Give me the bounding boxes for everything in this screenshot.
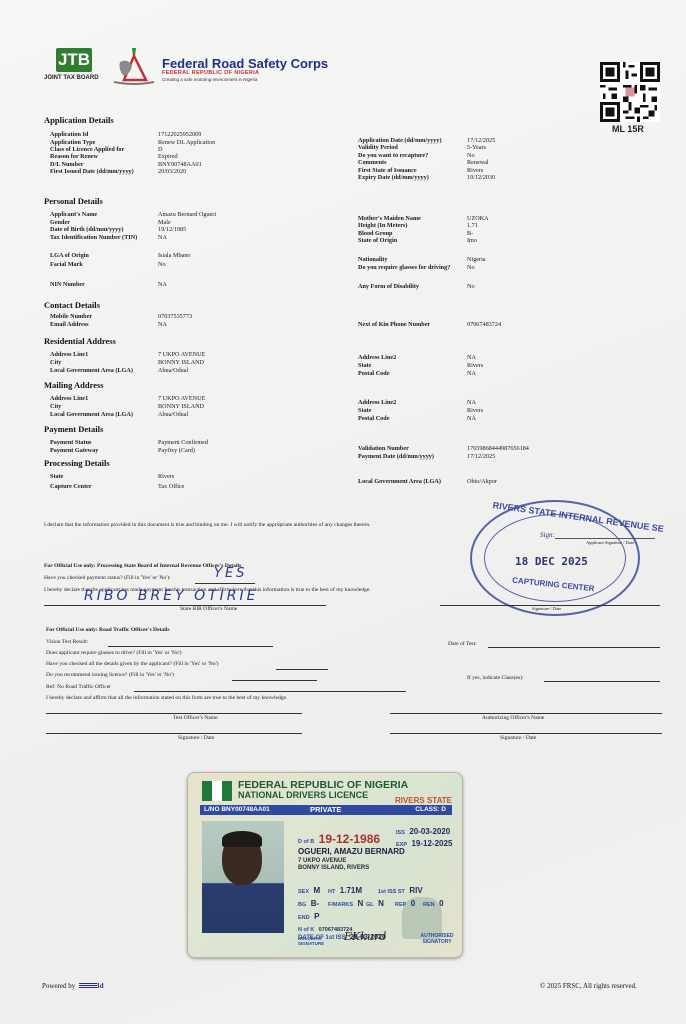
card-state: RIVERS STATE xyxy=(395,796,452,805)
dob-value: 19-12-1986 xyxy=(319,832,380,846)
jtb-logo: JTB JOINT TAX BOARD xyxy=(44,48,106,84)
field-label: State of Origin xyxy=(358,237,397,244)
card-title-line2: NATIONAL DRIVERS LICENCE xyxy=(238,790,368,800)
field-label: Next of Kin Phone Number xyxy=(358,321,430,328)
field-label: Postal Code xyxy=(358,370,389,377)
field-label: Reason for Renew xyxy=(50,153,98,160)
field-label: Applicant's Name xyxy=(50,211,97,218)
section-personal-details: Personal Details xyxy=(44,196,103,206)
authorised-signatory-label: AUTHORISED SIGNATORY xyxy=(420,933,454,945)
glasses-question: Does applicant require glasses to drive?… xyxy=(46,650,182,656)
field-label: Postal Code xyxy=(358,415,389,422)
field-value: Rivers xyxy=(158,473,174,480)
field-value: No xyxy=(158,261,166,268)
lno-value: BNY00748AA01 xyxy=(221,806,269,813)
field-label: Mobile Number xyxy=(50,313,92,320)
stamp-signature-caption: Signature / Date xyxy=(532,606,561,611)
field-value: 07067483724 xyxy=(467,321,501,328)
field-value: 17/12/2025 xyxy=(467,137,495,144)
copyright: © 2025 FRSC, All rights reserved. xyxy=(540,982,637,990)
stamp-date: 18 DEC 2025 xyxy=(515,555,588,568)
field-label: Tax Identification Number (TIN) xyxy=(50,234,137,241)
details-checked-question: Have you checked all the details given b… xyxy=(46,661,218,667)
field-label: Address Line1 xyxy=(50,351,88,358)
field-label: Mother's Maiden Name xyxy=(358,215,421,222)
field-value: No xyxy=(467,264,475,271)
birs-officer-name-field[interactable]: RIBO BREY OTIRIE xyxy=(84,588,259,604)
rep-value: 0 xyxy=(411,899,415,908)
fmarks-label: F/MARKS xyxy=(328,902,353,908)
class-label: If yes, indicate Class(es): xyxy=(467,675,524,681)
holder-signature-label: HOLDER'S SIGNATURE xyxy=(298,936,330,946)
ref-no-label: Ref: No Road Traffic Officer xyxy=(46,684,111,690)
field-label: Payment Gateway xyxy=(50,447,98,454)
field-label: Address Line2 xyxy=(358,354,396,361)
field-value: 7 UKPO AVENUE xyxy=(158,351,205,358)
field-label: City xyxy=(50,403,61,410)
field-value: Rivers xyxy=(467,362,483,369)
field-label: Application Date (dd/mm/yyyy) xyxy=(358,137,442,144)
field-value: 17659868444987656184 xyxy=(467,445,529,452)
field-value: Abua/Odual xyxy=(158,367,188,374)
fmarks-value: N xyxy=(358,899,364,908)
class-field[interactable] xyxy=(544,681,660,682)
field-label: City xyxy=(50,359,61,366)
field-label: Any Form of Disability xyxy=(358,283,419,290)
jtb-mark: JTB xyxy=(56,48,92,72)
field-label: State xyxy=(50,473,63,480)
field-value: 1.71 xyxy=(467,222,478,229)
form-code: ML 15R xyxy=(612,124,644,134)
document-page: JTB JOINT TAX BOARD Federal Road Safety … xyxy=(0,0,686,1024)
field-label: Validation Number xyxy=(358,445,409,452)
field-value: 7 UKPO AVENUE xyxy=(158,395,205,402)
field-label: Payment Status xyxy=(50,439,91,446)
birs-payment-answer[interactable]: YES xyxy=(214,566,247,581)
field-label: First Issued Date (dd/mm/yyyy) xyxy=(50,168,134,175)
field-label: Local Government Area (LGA) xyxy=(50,367,133,374)
field-value: NA xyxy=(158,281,167,288)
field-label: State xyxy=(358,407,371,414)
qr-code-icon xyxy=(600,62,660,122)
jtb-name: JOINT TAX BOARD xyxy=(44,75,114,81)
field-value: No xyxy=(467,152,475,159)
field-value: NA xyxy=(158,321,167,328)
field-value: 5-Years xyxy=(467,144,486,151)
field-value: NA xyxy=(467,399,476,406)
recommend-question: Do you recommend issuing licence? (Fill … xyxy=(46,672,174,678)
field-label: Local Government Area (LGA) xyxy=(50,411,133,418)
field-label: Local Government Area (LGA) xyxy=(358,478,441,485)
birs-officer-name-caption: State BIR Officer's Name xyxy=(180,606,237,612)
vision-test-field[interactable] xyxy=(108,646,273,647)
dob-label: D of B xyxy=(298,839,314,845)
field-label: D/L Number xyxy=(50,161,84,168)
rep-label: REP xyxy=(395,902,406,908)
powered-by: Powered by Id xyxy=(42,982,104,990)
field-value: Isiala Mbano xyxy=(158,252,190,259)
field-label: Gender xyxy=(50,219,70,226)
field-value: 19/12/1985 xyxy=(158,226,186,233)
applicant-signature-caption: Applicant Signature / Date xyxy=(586,540,634,545)
field-label: LGA of Origin xyxy=(50,252,89,259)
section-processing-details: Processing Details xyxy=(44,458,110,468)
field-label: Application Type xyxy=(50,139,95,146)
field-value: Expired xyxy=(158,153,178,160)
exp-value: 19-12-2025 xyxy=(411,839,452,848)
section-mailing-address: Mailing Address xyxy=(44,380,104,390)
field-value: No xyxy=(467,283,475,290)
field-label: Validity Period xyxy=(358,144,398,151)
field-value: Tax Office xyxy=(158,483,184,490)
field-label: Height (In Meters) xyxy=(358,222,408,229)
applicant-declaration: I declare that the information provided … xyxy=(44,522,371,528)
field-label: Application Id xyxy=(50,131,88,138)
ren-label: REN xyxy=(423,902,435,908)
field-value: BNY00748AA01 xyxy=(158,161,202,168)
provider-logo-text: Id xyxy=(97,982,104,990)
field-value: 17122025952009 xyxy=(158,131,201,138)
field-value: 17/12/2025 xyxy=(467,453,495,460)
field-value: Imo xyxy=(467,237,477,244)
field-value: UZOKA xyxy=(467,215,489,222)
field-value: D xyxy=(158,146,162,153)
agency-motto: Creating a safe motoring environment in … xyxy=(162,77,258,82)
recommend-field[interactable] xyxy=(232,680,317,681)
field-label: Blood Group xyxy=(358,230,392,237)
rto-section-title: For Official Use only: Road Traffic Offi… xyxy=(46,627,170,633)
authorizing-officer-name-field[interactable] xyxy=(390,713,662,714)
rto-declaration: I hereby declare and affirm that all the… xyxy=(46,695,287,701)
field-value: Obio/Akpor xyxy=(467,478,497,485)
field-value: BONNY ISLAND xyxy=(158,403,204,410)
field-value: Male xyxy=(158,219,171,226)
card-band: L/NO BNY00748AA01 PRIVATE CLASS: D xyxy=(200,805,452,815)
field-value: Payfixy (Card) xyxy=(158,447,195,454)
ref-no-field[interactable] xyxy=(134,691,406,692)
section-application-details: Application Details xyxy=(44,115,114,125)
holder-address-line2: BONNY ISLAND, RIVERS xyxy=(298,865,369,871)
agency-title: Federal Road Safety Corps xyxy=(162,56,328,71)
field-label: Expiry Date (dd/mm/yyyy) xyxy=(358,174,429,181)
field-label: Do you require glasses for driving? xyxy=(358,264,450,271)
field-value: 20/03/2020 xyxy=(158,168,186,175)
gl-value: N xyxy=(378,899,384,908)
drivers-licence-card: FEDERAL REPUBLIC OF NIGERIA NATIONAL DRI… xyxy=(187,772,463,958)
authorizing-officer-caption: Authorizing Officer's Name xyxy=(482,715,544,721)
holder-address-line1: 7 UKPO AVENUE xyxy=(298,858,346,864)
holder-signature: EKkurd xyxy=(344,930,386,943)
field-value: Rivers xyxy=(467,167,483,174)
holder-name: OGUERI, AMAZU BERNARD xyxy=(298,847,405,856)
date-of-test-label: Date of Test: xyxy=(448,641,477,647)
frsc-emblem-icon xyxy=(110,46,158,86)
test-officer-name-field[interactable] xyxy=(46,713,302,714)
applicant-sign-label: Sign: xyxy=(540,531,555,539)
field-label: Date of Birth (dd/mm/yyyy) xyxy=(50,226,123,233)
field-label: First State of Issuance xyxy=(358,167,417,174)
birs-section-title: For Official Use only: Processing State … xyxy=(44,563,241,569)
holder-photo xyxy=(202,821,284,933)
field-value: Payment Confirmed xyxy=(158,439,208,446)
nigeria-flag-icon xyxy=(202,781,232,801)
lno-label: L/NO xyxy=(204,806,220,813)
signature-caption-left: Signature / Date xyxy=(178,735,214,741)
class-label-card: CLASS: xyxy=(415,806,439,813)
card-category: PRIVATE xyxy=(310,805,341,815)
test-officer-signature-field[interactable] xyxy=(46,733,302,734)
field-label: Do you want to recapture? xyxy=(358,152,428,159)
field-label: Address Line1 xyxy=(50,395,88,402)
field-value: Amazu Bernard Ogueri xyxy=(158,211,216,218)
authorizing-officer-signature-field[interactable] xyxy=(390,733,662,734)
field-value: Renew DL Application xyxy=(158,139,215,146)
field-label: Address Line2 xyxy=(358,399,396,406)
field-label: NIN Number xyxy=(50,281,85,288)
field-value: 07037535773 xyxy=(158,313,192,320)
field-value: Rivers xyxy=(467,407,483,414)
field-value: B- xyxy=(467,230,473,237)
field-label: Facial Mark xyxy=(50,261,83,268)
field-label: Capture Center xyxy=(50,483,92,490)
field-value: Abua/Odual xyxy=(158,411,188,418)
field-label: Class of Licence Applied for xyxy=(50,146,124,153)
gl-label: GL xyxy=(366,902,374,908)
signature-caption-right: Signature / Date xyxy=(500,735,536,741)
field-value: NA xyxy=(467,415,476,422)
field-label: Nationality xyxy=(358,256,388,263)
field-value: BONNY ISLAND xyxy=(158,359,204,366)
provider-logo-icon xyxy=(79,983,97,989)
vision-test-label: Vision Test Result: xyxy=(46,639,88,645)
test-officer-caption: Test Officer's Name xyxy=(173,715,218,721)
field-label: Comments xyxy=(358,159,387,166)
field-value: Renewal xyxy=(467,159,489,166)
details-checked-field[interactable] xyxy=(276,669,328,670)
field-label: Email Address xyxy=(50,321,89,328)
field-value: NA xyxy=(467,354,476,361)
section-residential-address: Residential Address xyxy=(44,336,116,346)
ren-value: 0 xyxy=(439,899,443,908)
field-label: State xyxy=(358,362,371,369)
class-value-card: D xyxy=(441,806,446,813)
birs-payment-question: Have you checked payment status? (Fill i… xyxy=(44,575,171,581)
section-payment-details: Payment Details xyxy=(44,424,103,434)
agency-subtitle: FEDERAL REPUBLIC OF NIGERIA xyxy=(162,70,259,76)
field-value: NA xyxy=(467,370,476,377)
date-of-test-field[interactable] xyxy=(488,647,660,648)
field-label: Payment Date (dd/mm/yyyy) xyxy=(358,453,434,460)
field-value: 19/12/2030 xyxy=(467,174,495,181)
section-contact-details: Contact Details xyxy=(44,300,100,310)
field-value: NA xyxy=(158,234,167,241)
field-value: Nigeria xyxy=(467,256,486,263)
powered-by-text: Powered by xyxy=(42,982,75,990)
